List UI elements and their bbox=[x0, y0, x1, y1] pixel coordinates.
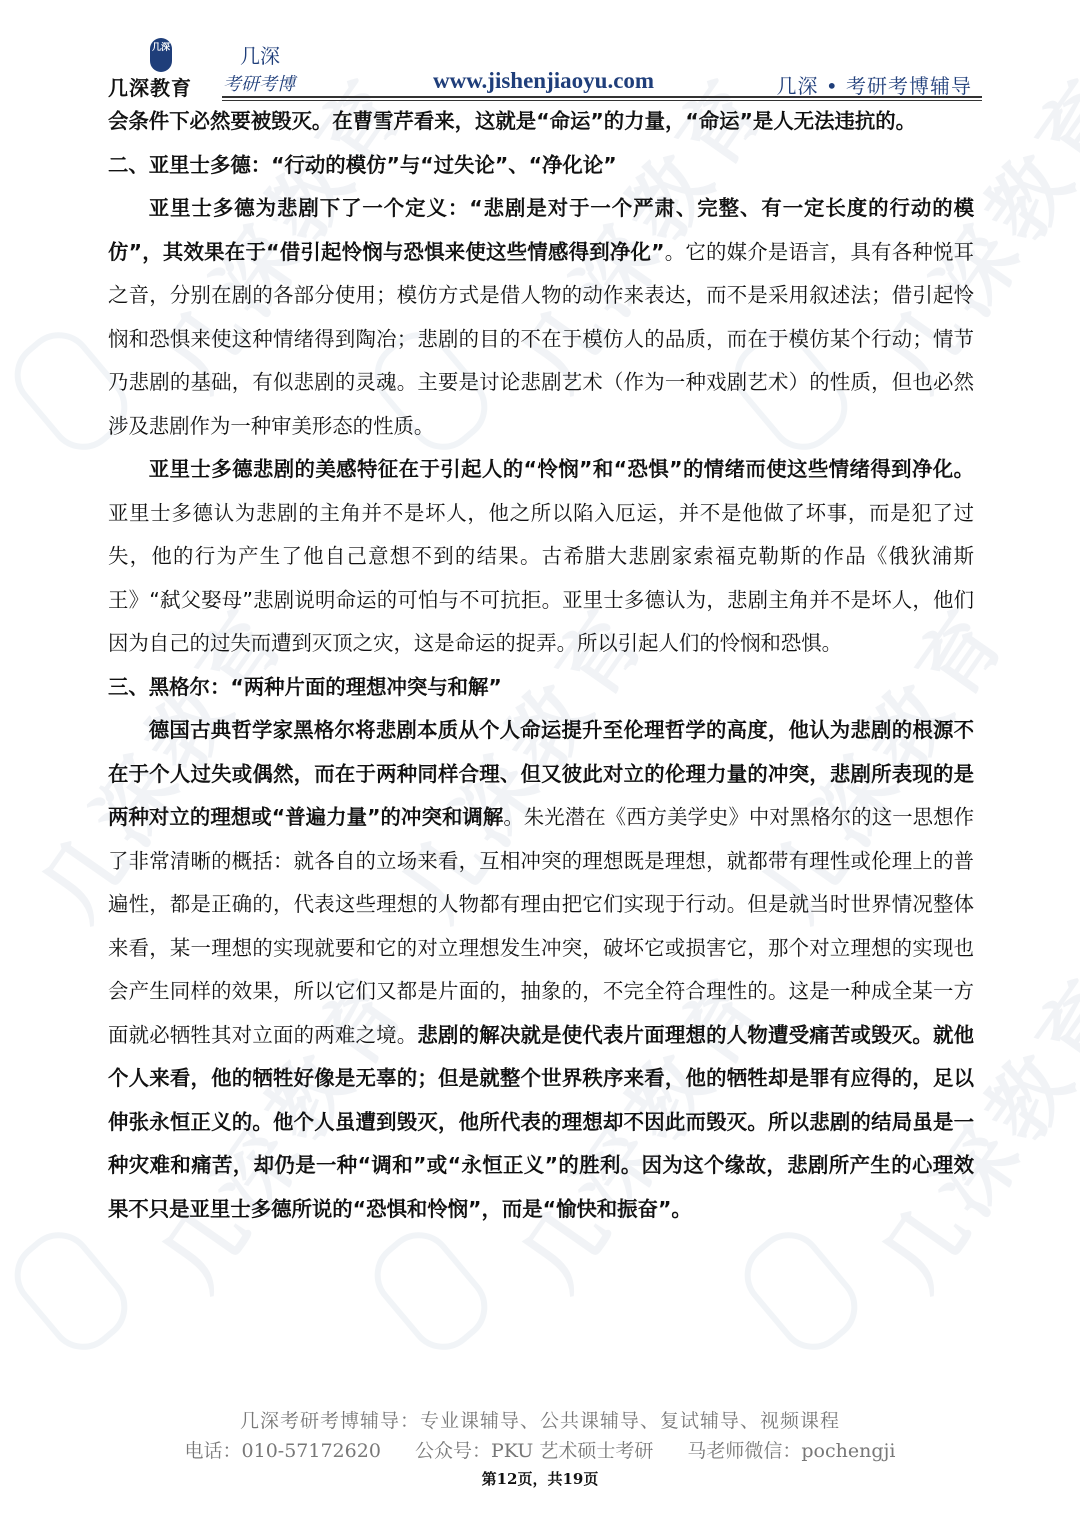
paragraph: 会条件下必然要被毁灭。在曹雪芹看来，这就是“命运”的力量，“命运”是人无法违抗的… bbox=[108, 100, 974, 144]
brand-logo-icon: 几深 bbox=[150, 38, 172, 72]
paragraph: 德国古典哲学家黑格尔将悲剧本质从个人命运提升至伦理哲学的高度，他认为悲剧的根源不… bbox=[108, 709, 974, 1231]
paragraph: 亚里士多德悲剧的美感特征在于引起人的“怜悯”和“恐惧”的情绪而使这些情绪得到净化… bbox=[108, 448, 974, 666]
watermark-logo-icon bbox=[360, 1218, 501, 1364]
body-text: 。它的媒介是语言，具有各种悦耳之音，分别在剧的各部分使用；模仿方式是借人物的动作… bbox=[108, 240, 974, 438]
footer-phone: 电话：010-57172620 bbox=[185, 1440, 381, 1462]
watermark-logo-icon bbox=[730, 1218, 871, 1364]
bold-text: 亚里士多德悲剧的美感特征在于引起人的“怜悯”和“恐惧”的情绪而使这些情绪得到净化… bbox=[149, 457, 974, 481]
header-divider bbox=[222, 96, 982, 98]
footer-wechat-account: 公众号：PKU 艺术硕士考研 bbox=[415, 1440, 653, 1462]
footer-teacher-wechat: 马老师微信：pochengji bbox=[687, 1440, 895, 1462]
page-header: 几深 几深教育 几深 考研考博 www.jishenjiaoyu.com 几深 … bbox=[100, 36, 982, 96]
body-text: 亚里士多德认为悲剧的主角并不是坏人，他之所以陷入厄运，并不是他做了坏事，而是犯了… bbox=[108, 501, 974, 656]
document-body: 会条件下必然要被毁灭。在曹雪芹看来，这就是“命运”的力量，“命运”是人无法违抗的… bbox=[108, 100, 974, 1231]
watermark-logo-icon bbox=[0, 1218, 141, 1364]
footer-contact: 电话：010-57172620 公众号：PKU 艺术硕士考研 马老师微信：poc… bbox=[0, 1436, 1080, 1463]
paragraph: 亚里士多德为悲剧下了一个定义：“悲剧是对于一个严肃、完整、有一定长度的行动的模仿… bbox=[108, 187, 974, 448]
body-text: 。朱光潜在《西方美学史》中对黑格尔的这一思想作了非常清晰的概括：就各自的立场来看… bbox=[108, 805, 974, 1047]
section-heading: 三、黑格尔：“两种片面的理想冲突与和解” bbox=[108, 666, 974, 710]
website-url[interactable]: www.jishenjiaoyu.com bbox=[433, 68, 654, 94]
page-number: 第12页，共19页 bbox=[0, 1468, 1080, 1489]
section-heading: 二、亚里士多德：“行动的模仿”与“过失论”、“净化论” bbox=[108, 144, 974, 188]
brand-subtitle-bottom: 考研考博 bbox=[223, 70, 295, 96]
footer-services: 几深考研考博辅导：专业课辅导、公共课辅导、复试辅导、视频课程 bbox=[0, 1406, 1080, 1433]
bold-text: 悲剧的解决就是使代表片面理想的人物遭受痛苦或毁灭。就他个人来看，他的牺牲好像是无… bbox=[108, 1023, 974, 1221]
brand-subtitle-top: 几深 bbox=[240, 40, 280, 69]
brand-name: 几深教育 bbox=[108, 72, 192, 101]
header-slogan: 几深 • 考研考博辅导 bbox=[776, 70, 972, 99]
